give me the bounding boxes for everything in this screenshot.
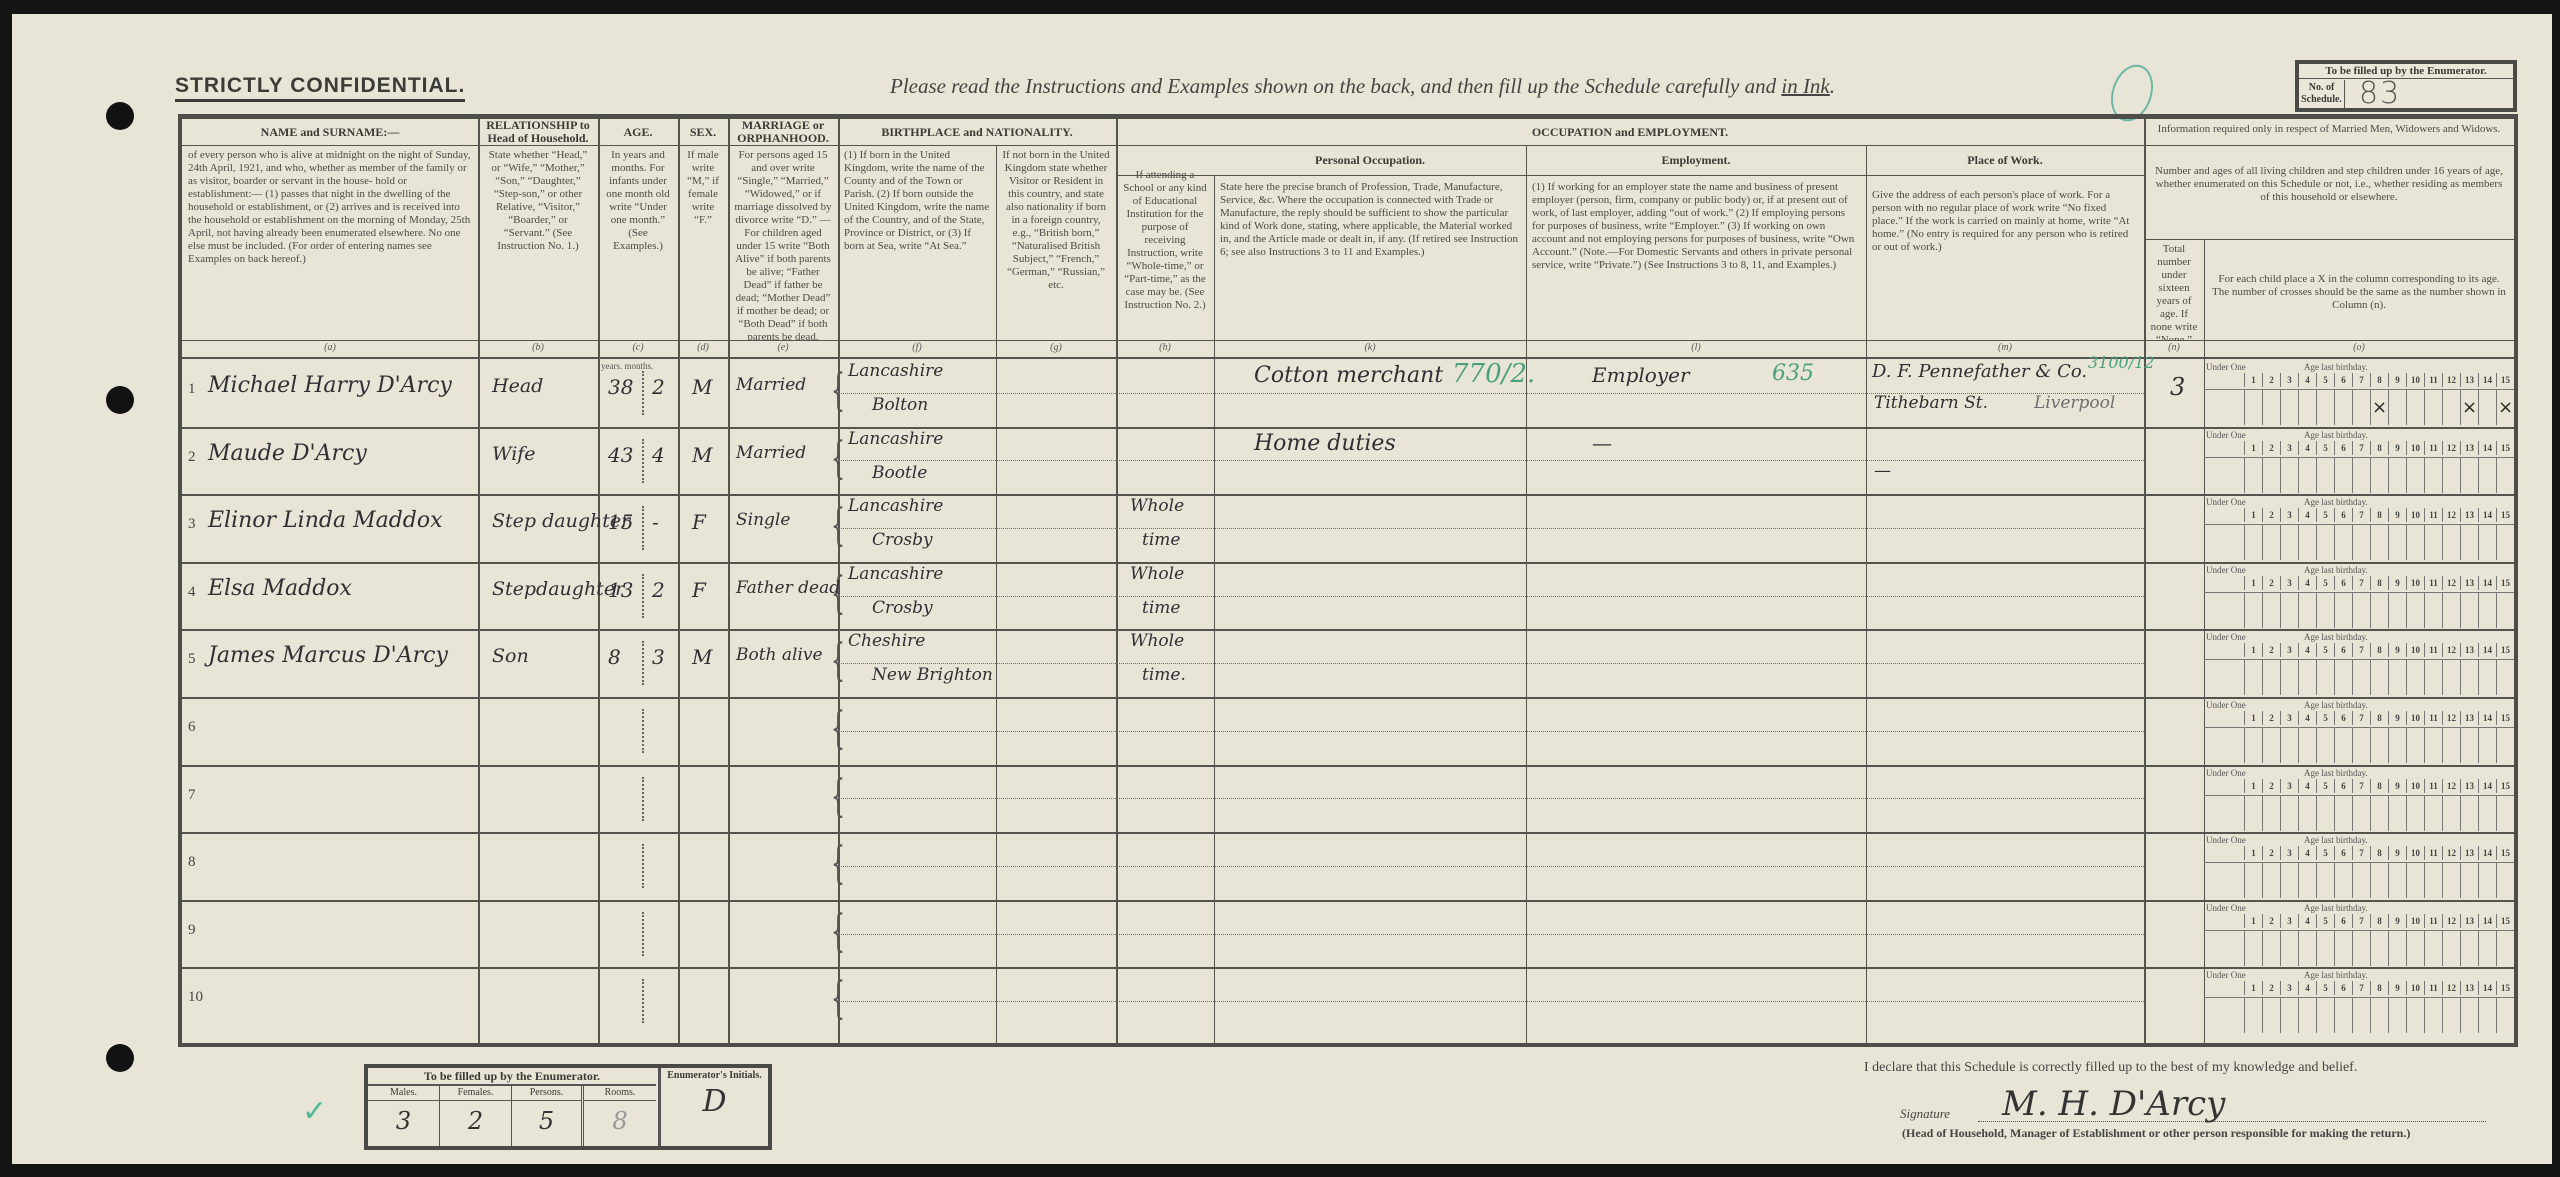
age-years[interactable]: 38 [608,375,633,399]
age-months[interactable]: 3 [652,645,665,669]
age-box-1[interactable] [2244,728,2262,763]
relationship-value[interactable]: Son [492,645,529,667]
occupation-instructions: State here the precise branch of Profess… [1214,177,1526,340]
age-box-7[interactable] [2352,998,2370,1033]
age-number: 7 [2352,441,2370,455]
age-box-5[interactable] [2316,390,2334,425]
sex-value[interactable]: M [692,645,712,669]
age-box-6[interactable] [2334,998,2352,1033]
signature-field[interactable]: M. H. D'Arcy [2002,1084,2225,1124]
age-box-10[interactable] [2406,863,2424,898]
relationship-value[interactable]: Head [492,375,543,397]
age-box-5[interactable] [2316,525,2334,560]
age-box-3[interactable] [2280,863,2298,898]
age-box-5[interactable] [2316,998,2334,1033]
age-number: 6 [2334,846,2352,860]
under-one-label: Under One [2206,565,2246,575]
age-box-14[interactable] [2478,660,2496,695]
age-box-3[interactable] [2280,728,2298,763]
age-box-13[interactable] [2460,863,2478,898]
confidential-title: STRICTLY CONFIDENTIAL. [175,74,465,102]
age-number: 1 [2244,643,2262,657]
age-box-13[interactable] [2460,796,2478,831]
females-value[interactable]: 2 [440,1101,511,1141]
age-box-14[interactable] [2478,796,2496,831]
age-box-1[interactable] [2244,998,2262,1033]
birth-county[interactable]: Lancashire [848,496,943,516]
age-box-1[interactable] [2244,660,2262,695]
marriage-instructions: For persons aged 15 and over write “Sing… [728,145,838,340]
age-box-11[interactable] [2424,660,2442,695]
age-box-1[interactable] [2244,525,2262,560]
age-box-under-one[interactable] [2204,458,2244,493]
age-box-14[interactable] [2478,390,2496,425]
person-name[interactable]: Elinor Linda Maddox [208,508,443,533]
occupation-value[interactable]: Cotton merchant [1254,363,1443,388]
age-box-1[interactable] [2244,863,2262,898]
age-box-10[interactable] [2406,660,2424,695]
persons-cell: Persons.5 [512,1086,584,1146]
instruction-text: Please read the Instructions and Example… [890,74,1781,98]
age-number: 2 [2262,914,2280,928]
age-divider [642,641,644,685]
person-name[interactable]: Maude D'Arcy [208,441,367,466]
age-years[interactable]: 15 [608,510,633,534]
row-divider [838,528,2144,529]
age-box-7[interactable] [2352,660,2370,695]
age-box-1[interactable] [2244,593,2262,628]
birth-county[interactable]: Lancashire [848,429,943,449]
age-box-2[interactable] [2262,660,2280,695]
age-box-14[interactable] [2478,863,2496,898]
age-number: 12 [2442,779,2460,793]
age-box-10[interactable] [2406,728,2424,763]
birth-town[interactable]: Crosby [872,598,933,618]
age-months[interactable]: 2 [652,375,665,399]
column-letter-h: (h) [1116,340,1214,359]
age-box-14[interactable] [2478,525,2496,560]
age-box-10[interactable] [2406,998,2424,1033]
age-box-7[interactable] [2352,796,2370,831]
age-box-2[interactable] [2262,390,2280,425]
age-box-9[interactable] [2388,931,2406,966]
age-last-birthday-label: Age last birthday. [2304,497,2368,507]
occupation-value[interactable]: Home duties [1254,431,1396,456]
marriage-value[interactable]: Father dead [736,578,840,598]
age-box-4[interactable] [2298,593,2316,628]
age-box-7[interactable] [2352,525,2370,560]
age-number: 1 [2244,846,2262,860]
employment-instructions: (1) If working for an employer state the… [1526,177,1866,340]
age-box-8[interactable] [2370,525,2388,560]
age-box-15[interactable] [2496,728,2514,763]
age-box-5[interactable] [2316,728,2334,763]
age-box-10[interactable] [2406,593,2424,628]
age-box-2[interactable] [2262,593,2280,628]
age-box-14[interactable] [2478,593,2496,628]
age-number: 12 [2442,846,2460,860]
males-label: Males. [368,1086,439,1101]
age-checkboxes [2204,795,2514,831]
age-box-1[interactable] [2244,390,2262,425]
children-ages-grid: Under OneAge last birthday.1234567891011… [2204,361,2514,425]
age-box-12[interactable] [2442,525,2460,560]
age-box-10[interactable] [2406,390,2424,425]
birth-town[interactable]: Bolton [872,395,928,415]
age-box-11[interactable] [2424,998,2442,1033]
age-number: 11 [2424,643,2442,657]
age-box-11[interactable] [2424,390,2442,425]
age-box-under-one[interactable] [2204,525,2244,560]
age-number: 1 [2244,373,2262,387]
age-months[interactable]: - [652,510,659,534]
age-checkboxes [2204,524,2514,560]
marriage-value[interactable]: Married [736,443,806,463]
age-last-birthday-label: Age last birthday. [2304,768,2368,778]
age-number: 4 [2298,441,2316,455]
age-box-5[interactable] [2316,863,2334,898]
education-status-2[interactable]: time. [1142,665,1186,685]
age-box-4[interactable] [2298,931,2316,966]
age-box-15[interactable] [2496,796,2514,831]
age-box-8[interactable] [2370,458,2388,493]
age-box-11[interactable] [2424,728,2442,763]
age-box-15[interactable] [2496,998,2514,1033]
age-years[interactable]: 8 [608,645,621,669]
age-box-6[interactable] [2334,458,2352,493]
age-box-6[interactable] [2334,525,2352,560]
age-box-7[interactable] [2352,728,2370,763]
age-months[interactable]: 2 [652,578,665,602]
person-name[interactable]: James Marcus D'Arcy [208,643,448,668]
education-status-2[interactable]: time [1142,530,1180,550]
age-box-2[interactable] [2262,458,2280,493]
age-number: 6 [2334,914,2352,928]
age-box-3[interactable] [2280,525,2298,560]
age-box-11[interactable] [2424,931,2442,966]
age-box-9[interactable] [2388,660,2406,695]
married-info-header: Information required only in respect of … [2144,119,2514,159]
age-number: 11 [2424,846,2442,860]
age-box-under-one[interactable] [2204,998,2244,1033]
age-box-1[interactable] [2244,796,2262,831]
age-box-12[interactable] [2442,728,2460,763]
age-box-2[interactable] [2262,796,2280,831]
age-box-13[interactable] [2460,660,2478,695]
age-number: 1 [2244,711,2262,725]
age-box-11[interactable] [2424,863,2442,898]
age-box-8[interactable] [2370,593,2388,628]
age-box-8[interactable] [2370,998,2388,1033]
age-box-under-one[interactable] [2204,931,2244,966]
age-box-11[interactable] [2424,458,2442,493]
age-box-12[interactable] [2442,931,2460,966]
age-box-15[interactable]: × [2496,390,2514,425]
age-box-3[interactable] [2280,660,2298,695]
age-box-3[interactable] [2280,458,2298,493]
person-name[interactable]: Elsa Maddox [208,576,352,601]
age-box-9[interactable] [2388,796,2406,831]
age-box-9[interactable] [2388,593,2406,628]
age-years[interactable]: 13 [608,578,633,602]
age-box-15[interactable] [2496,660,2514,695]
age-box-12[interactable] [2442,390,2460,425]
age-number: 8 [2370,779,2388,793]
age-box-6[interactable] [2334,931,2352,966]
age-number: 2 [2262,846,2280,860]
age-box-under-one[interactable] [2204,593,2244,628]
age-box-3[interactable] [2280,593,2298,628]
age-box-12[interactable] [2442,593,2460,628]
age-column-header: AGE. [598,119,678,145]
age-number: 11 [2424,508,2442,522]
age-box-7[interactable] [2352,931,2370,966]
sex-value[interactable]: M [692,443,712,467]
age-box-9[interactable] [2388,525,2406,560]
age-box-2[interactable] [2262,931,2280,966]
children-ages-grid: Under OneAge last birthday.1234567891011… [2204,496,2514,560]
age-number: 12 [2442,643,2460,657]
age-box-9[interactable] [2388,390,2406,425]
age-numbers: 123456789101112131415 [2204,508,2514,522]
sex-value[interactable]: F [692,510,706,534]
place-line2[interactable]: Tithebarn St. [1874,393,1988,413]
age-box-13[interactable] [2460,525,2478,560]
age-box-12[interactable] [2442,458,2460,493]
age-box-6[interactable] [2334,796,2352,831]
age-box-4[interactable] [2298,390,2316,425]
age-box-14[interactable] [2478,931,2496,966]
age-box-5[interactable] [2316,931,2334,966]
age-box-15[interactable] [2496,863,2514,898]
birth-county[interactable]: Cheshire [848,631,925,651]
employment-code[interactable]: 635 [1772,361,1814,386]
age-box-3[interactable] [2280,931,2298,966]
place-city[interactable]: Liverpool [2034,393,2115,413]
age-number: 4 [2298,373,2316,387]
age-box-under-one[interactable] [2204,796,2244,831]
age-box-1[interactable] [2244,458,2262,493]
age-box-8[interactable] [2370,863,2388,898]
children-ages-grid: Under OneAge last birthday.1234567891011… [2204,699,2514,763]
age-box-13[interactable] [2460,931,2478,966]
age-number: 8 [2370,373,2388,387]
age-box-14[interactable] [2478,458,2496,493]
age-box-6[interactable] [2334,863,2352,898]
age-number: 5 [2316,441,2334,455]
age-box-9[interactable] [2388,458,2406,493]
age-box-9[interactable] [2388,998,2406,1033]
age-box-5[interactable] [2316,593,2334,628]
birthplace-column-header: BIRTHPLACE and NATIONALITY. [838,119,1116,145]
age-number: 2 [2262,779,2280,793]
age-box-under-one[interactable] [2204,728,2244,763]
age-box-6[interactable] [2334,593,2352,628]
place-line2[interactable]: — [1874,461,1891,481]
age-box-2[interactable] [2262,728,2280,763]
age-box-8[interactable] [2370,931,2388,966]
age-box-2[interactable] [2262,863,2280,898]
marriage-value[interactable]: Married [736,375,806,395]
age-box-6[interactable] [2334,390,2352,425]
initials-value[interactable]: D [661,1084,768,1119]
age-checkboxes [2204,930,2514,966]
birth-town[interactable]: Bootle [872,463,927,483]
age-box-10[interactable] [2406,458,2424,493]
age-box-7[interactable] [2352,390,2370,425]
row-divider [838,731,2144,732]
age-box-10[interactable] [2406,525,2424,560]
age-number: 7 [2352,711,2370,725]
age-box-14[interactable] [2478,998,2496,1033]
age-box-2[interactable] [2262,998,2280,1033]
age-box-15[interactable] [2496,931,2514,966]
age-box-12[interactable] [2442,998,2460,1033]
age-box-3[interactable] [2280,390,2298,425]
age-numbers: 123456789101112131415 [2204,779,2514,793]
age-box-7[interactable] [2352,593,2370,628]
age-number: 10 [2406,576,2424,590]
age-box-7[interactable] [2352,863,2370,898]
age-number: 11 [2424,779,2442,793]
age-box-15[interactable] [2496,593,2514,628]
age-box-under-one[interactable] [2204,390,2244,425]
age-box-8[interactable]: × [2370,390,2388,425]
age-last-birthday-label: Age last birthday. [2304,632,2368,642]
age-box-11[interactable] [2424,796,2442,831]
sex-value[interactable]: M [692,375,712,399]
age-number: 13 [2460,643,2478,657]
age-box-under-one[interactable] [2204,660,2244,695]
age-box-8[interactable] [2370,660,2388,695]
age-box-4[interactable] [2298,863,2316,898]
age-box-12[interactable] [2442,796,2460,831]
age-box-1[interactable] [2244,931,2262,966]
education-status[interactable]: Whole [1130,564,1184,584]
age-box-11[interactable] [2424,525,2442,560]
row-divider [182,967,2514,969]
personal-occupation-header: Personal Occupation. [1214,145,1526,175]
age-box-15[interactable] [2496,525,2514,560]
age-box-4[interactable] [2298,998,2316,1033]
rooms-value[interactable]: 8 [584,1101,656,1141]
age-box-4[interactable] [2298,660,2316,695]
age-number: 13 [2460,711,2478,725]
age-box-5[interactable] [2316,796,2334,831]
person-name[interactable]: Michael Harry D'Arcy [208,373,452,398]
age-box-13[interactable] [2460,593,2478,628]
age-number: 14 [2478,373,2496,387]
sex-value[interactable]: F [692,578,706,602]
age-box-3[interactable] [2280,796,2298,831]
employment-value[interactable]: — [1592,431,1612,455]
age-box-10[interactable] [2406,931,2424,966]
age-months[interactable]: 4 [652,443,665,467]
age-box-10[interactable] [2406,796,2424,831]
marriage-value[interactable]: Single [736,510,790,530]
age-number: 12 [2442,576,2460,590]
age-years[interactable]: 43 [608,443,633,467]
nationality-instructions: If not born in the United Kingdom state … [996,145,1116,340]
marriage-value[interactable]: Both alive [736,645,823,665]
age-box-12[interactable] [2442,660,2460,695]
age-box-7[interactable] [2352,458,2370,493]
employment-value[interactable]: Employer [1592,363,1690,387]
males-value[interactable]: 3 [368,1101,439,1141]
children-total[interactable]: 3 [2170,373,2185,401]
age-number: 15 [2496,846,2514,860]
age-box-13[interactable] [2460,728,2478,763]
age-box-5[interactable] [2316,660,2334,695]
birth-county[interactable]: Lancashire [848,564,943,584]
age-box-11[interactable] [2424,593,2442,628]
age-number: 7 [2352,643,2370,657]
occupation-code[interactable]: 770/2. [1452,359,1535,389]
age-box-4[interactable] [2298,525,2316,560]
column-letter-e: (e) [728,340,838,359]
age-box-4[interactable] [2298,796,2316,831]
age-box-13[interactable] [2460,458,2478,493]
birth-town[interactable]: Crosby [872,530,933,550]
age-number: 3 [2280,846,2298,860]
row-divider [838,663,2144,664]
age-box-9[interactable] [2388,863,2406,898]
age-box-under-one[interactable] [2204,863,2244,898]
age-box-13[interactable] [2460,998,2478,1033]
age-box-4[interactable] [2298,458,2316,493]
birth-town[interactable]: New Brighton [872,665,993,685]
age-number: 1 [2244,576,2262,590]
age-last-birthday-label: Age last birthday. [2304,565,2368,575]
age-number: 6 [2334,981,2352,995]
age-number: 15 [2496,643,2514,657]
age-box-2[interactable] [2262,525,2280,560]
age-number: 2 [2262,508,2280,522]
age-box-9[interactable] [2388,728,2406,763]
age-box-12[interactable] [2442,863,2460,898]
row-number: 7 [188,787,196,804]
birth-county[interactable]: Lancashire [848,361,943,381]
age-box-4[interactable] [2298,728,2316,763]
education-status[interactable]: Whole [1130,496,1184,516]
age-box-3[interactable] [2280,998,2298,1033]
age-number: 3 [2280,914,2298,928]
age-number: 2 [2262,373,2280,387]
age-number: 13 [2460,508,2478,522]
age-box-14[interactable] [2478,728,2496,763]
age-box-8[interactable] [2370,796,2388,831]
relationship-value[interactable]: Wife [492,443,536,465]
age-box-8[interactable] [2370,728,2388,763]
age-box-6[interactable] [2334,728,2352,763]
education-status-2[interactable]: time [1142,598,1180,618]
age-box-6[interactable] [2334,660,2352,695]
persons-value[interactable]: 5 [512,1101,581,1141]
under-one-label: Under One [2206,970,2246,980]
age-number: 14 [2478,711,2496,725]
age-number: 9 [2388,643,2406,657]
age-box-13[interactable]: × [2460,390,2478,425]
relationship-value[interactable]: Stepdaughter [492,578,624,600]
age-number: 4 [2298,508,2316,522]
age-box-15[interactable] [2496,458,2514,493]
schedule-number-value[interactable]: 83 [2359,76,2401,111]
age-box-5[interactable] [2316,458,2334,493]
education-status[interactable]: Whole [1130,631,1184,651]
children-ages-grid: Under OneAge last birthday.1234567891011… [2204,902,2514,966]
place-line1[interactable]: D. F. Pennefather & Co. [1872,361,2087,382]
place-code[interactable]: 3100/12 [2088,353,2154,372]
